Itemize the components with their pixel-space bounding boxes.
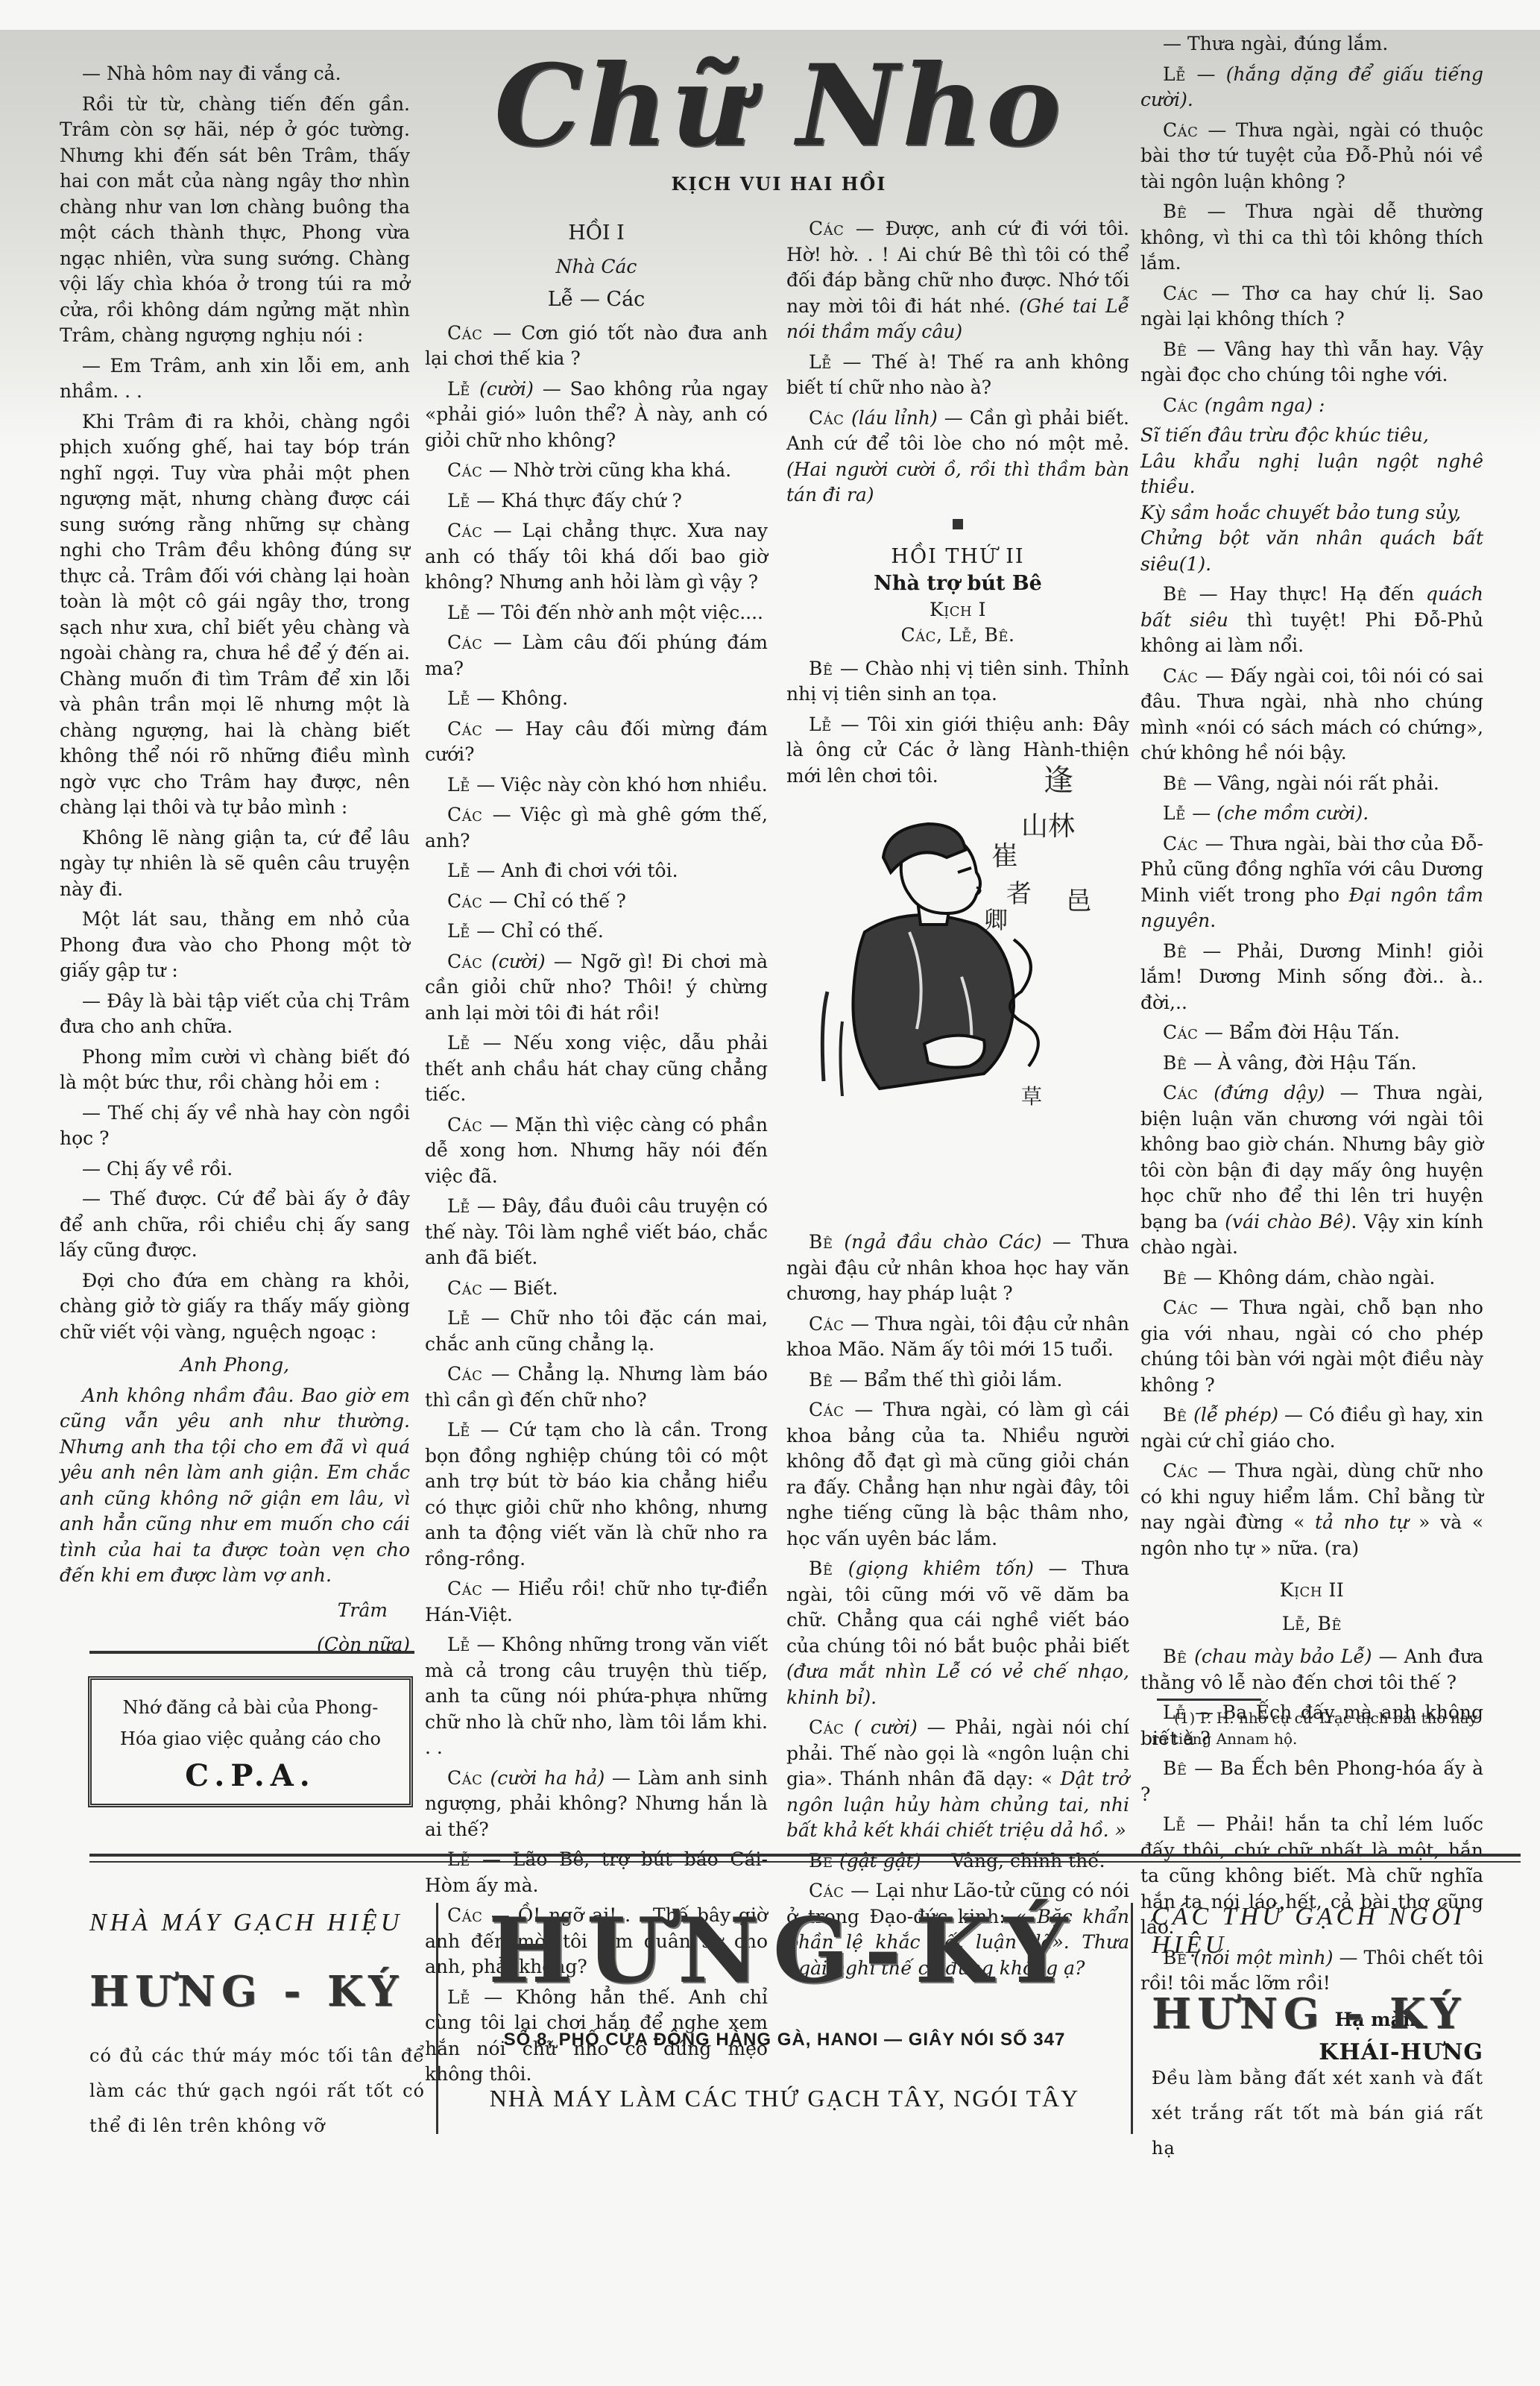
story-paragraph: Không lẽ nàng giận ta, cứ để lâu ngày tự…: [60, 825, 410, 903]
dialogue-line: Các (cười) — Ngỡ gì! Đi chơi mà cần giỏi…: [425, 949, 768, 1027]
story-paragraph: — Nhà hôm nay đi vắng cả.: [60, 61, 410, 87]
poem-line: Sĩ tiến đâu trừu độc khúc tiêu,: [1140, 423, 1483, 449]
column-serial-story: — Nhà hôm nay đi vắng cả. Rồi từ từ, chà…: [60, 61, 410, 1663]
letter-signature: Trâm: [60, 1598, 410, 1624]
ad-address: SỐ 8, PHỐ CỬA ĐÔNG HÀNG GÀ, HANOI — GIÂY…: [438, 2030, 1131, 2050]
speaker-name: Lễ: [809, 714, 841, 735]
dialogue-line: Các — Biết.: [425, 1276, 768, 1302]
speaker-name: Các: [1163, 1082, 1214, 1104]
stage-direction: (giọng khiêm tốn): [848, 1558, 1049, 1579]
story-paragraph: — Thế chị ấy về nhà hay còn ngồi học ?: [60, 1101, 410, 1152]
speaker-name: Các: [447, 1114, 490, 1136]
dialogue-line: Các — Lại chẳng thực. Xưa nay anh có thấ…: [425, 518, 768, 596]
masthead-title: Chữ Nho: [436, 48, 1122, 164]
speaker-name: Lễ: [447, 687, 476, 709]
dialogue-text: — Thưa ngài, biện luận văn chương với ng…: [1140, 1082, 1483, 1233]
stage-direction: (Hai người cười ồ, rồi thì thầm bàn tán …: [786, 459, 1129, 506]
speaker-name: Các: [447, 890, 489, 912]
dialogue-line: Bê — Hay thực! Hạ đến quách bất siêu thì…: [1140, 582, 1483, 659]
dialogue-text: — Không những trong văn viết mà cả trong…: [425, 1634, 768, 1758]
dialogue-line: Lễ — Thế à! Thế ra anh không biết tí chữ…: [786, 350, 1129, 401]
dialogue-line: Lễ — Chữ nho tôi đặc cán mai, chắc anh c…: [425, 1306, 768, 1357]
dialogue-line: Bê (lễ phép) — Có điều gì hay, xin ngài …: [1140, 1403, 1483, 1454]
dialogue-text: — Bẩm thế thì giỏi lắm.: [839, 1369, 1062, 1391]
svg-text:卿: 卿: [984, 906, 1008, 934]
dialogue-line: Các — Thưa ngài, bài thơ của Đỗ-Phủ cũng…: [1140, 831, 1483, 934]
scene-characters: Lễ, Bê: [1140, 1611, 1483, 1637]
brick-ad-left: NHÀ MÁY GẠCH HIỆU HƯNG - KÝ có đủ các th…: [89, 1909, 425, 2144]
dialogue-line: Bê (ngả đầu chào Các) — Thưa ngài đậu cử…: [786, 1230, 1129, 1307]
ad-brand-large: HƯNG-KÝ: [438, 1903, 1131, 2000]
stage-direction: (láu lỉnh): [851, 407, 944, 429]
ad-brand: HƯNG - KÝ: [1152, 1989, 1483, 2039]
speaker-name: Các: [1163, 1460, 1208, 1482]
speaker-name: Lễ: [1163, 63, 1197, 85]
dialogue-line: Các — Thưa ngài, chỗ bạn nho gia với nha…: [1140, 1295, 1483, 1398]
dialogue-line: Bê — Chào nhị vị tiên sinh. Thỉnh nhị vị…: [786, 656, 1129, 708]
scene-heading: Kịch II: [1140, 1578, 1483, 1604]
dialogue-line: Lễ — Đây, đầu đuôi câu truyện có thế này…: [425, 1194, 768, 1271]
dialogue-text: — Anh đi chơi với tôi.: [476, 860, 678, 881]
speaker-name: Lễ: [447, 920, 476, 942]
masthead-subtitle: KỊCH VUI HAI HỒI: [436, 173, 1122, 195]
ad-brand: HƯNG - KÝ: [89, 1967, 425, 2016]
dialogue-line: Lễ — Không.: [425, 686, 768, 712]
dialogue-line: Các — Chỉ có thế ?: [425, 889, 768, 915]
speaker-name: Các: [1163, 283, 1211, 304]
speaker-name: Các: [447, 718, 495, 740]
dialogue-line: Bê — Bẩm thế thì giỏi lắm.: [786, 1367, 1129, 1394]
dialogue-line: Bê — Vâng hay thì vẫn hay. Vậy ngài đọc …: [1140, 337, 1483, 388]
dialogue-line: Lễ (cười) — Sao không rủa ngay «phải gió…: [425, 377, 768, 454]
stage-direction: (che mồm cười).: [1216, 802, 1369, 824]
story-paragraph: Đợi cho đứa em chàng ra khỏi, chàng giở …: [60, 1268, 410, 1346]
dialogue-line: Bê — Vâng, ngài nói rất phải.: [1140, 771, 1483, 797]
act-heading: HỒI THỨ II: [786, 544, 1129, 570]
dialogue-text: — Việc này còn khó hơn nhiều.: [476, 774, 768, 796]
speaker-name: Bê: [1163, 1757, 1194, 1779]
speaker-name: Các: [447, 1578, 491, 1599]
dialogue-text: — Biết.: [489, 1277, 558, 1299]
ad-body: có đủ các thứ máy móc tối tân để làm các…: [89, 2039, 425, 2144]
scene-heading: Kịch I: [786, 597, 1129, 623]
dialogue-line: Lễ — Chỉ có thế.: [425, 919, 768, 945]
speaker-name: Lễ: [809, 351, 843, 373]
story-paragraph: — Chị ấy về rồi.: [60, 1156, 410, 1183]
dialogue-text: — Không.: [476, 687, 568, 709]
section-ornament-icon: [953, 519, 963, 529]
speaker-name: Bê: [1163, 201, 1208, 222]
dialogue-line: Các — Được, anh cứ đi với tôi. Hờ! hờ. .…: [786, 216, 1129, 345]
speaker-name: Bê: [1163, 1052, 1193, 1074]
speaker-name: Các: [447, 804, 493, 825]
dialogue-line: Lễ — Không những trong văn viết mà cả tr…: [425, 1632, 768, 1761]
dialogue-line: Lễ — Nếu xong việc, dẫu phải thết anh ch…: [425, 1030, 768, 1108]
speaker-name: Các: [447, 632, 493, 653]
dialogue-line: Các — Nhờ trời cũng kha khá.: [425, 458, 768, 484]
ad-body: Đều làm bằng đất xét xanh và đất xét trắ…: [1152, 2061, 1483, 2166]
dialogue-text: — Không dám, chào ngài.: [1193, 1267, 1435, 1288]
cpa-brand: C.P.A.: [92, 1760, 409, 1792]
act-characters: Lễ — Các: [425, 287, 768, 313]
dialogue-line: Bê — Ba Ếch bên Phong-hóa ấy à ?: [1140, 1756, 1483, 1807]
speaker-name: Bê: [1163, 940, 1202, 962]
dialogue-line: Lễ — Khá thực đấy chứ ?: [425, 488, 768, 514]
column-act-two-continued: — Thưa ngài, đúng lắm. Lễ — (hắng dặng đ…: [1140, 31, 1483, 2071]
act-setting: Nhà Các: [425, 254, 768, 280]
dialogue-text: — Chỉ có thế ?: [489, 890, 626, 912]
dialogue-list: Các — Cơn gió tốt nào đưa anh lại chơi t…: [425, 321, 768, 2088]
speaker-name: Các: [1163, 665, 1205, 687]
svg-text:山林: 山林: [1021, 811, 1075, 842]
scholar-illustration: 逢 山林 崔 者 卿 邑 草: [798, 753, 1126, 1156]
dialogue-line: Bê — Không dám, chào ngài.: [1140, 1265, 1483, 1291]
footnote-rule: [1157, 1699, 1261, 1701]
speaker-name: Bê: [1163, 1646, 1194, 1667]
dialogue-line: Bê (chau mày bảo Lễ) — Anh đưa thằng vô …: [1140, 1644, 1483, 1696]
brick-ad-right: CÁC THỨ GẠCH NGÓI HIỆU HƯNG - KÝ Đều làm…: [1152, 1903, 1483, 2166]
dialogue-text: — Cứ tạm cho là cần. Trong bọn đồng nghi…: [425, 1419, 768, 1570]
dialogue-line: Các (đứng dậy) — Thưa ngài, biện luận vă…: [1140, 1080, 1483, 1261]
speaker-name: Lễ: [447, 378, 479, 400]
footnote: (1) P. H. nhờ cụ cử Trạc dịch bài thơ nà…: [1152, 1707, 1487, 1749]
dialogue-text: .: [1210, 910, 1216, 931]
dialogue-text: — Khá thực đấy chứ ?: [476, 490, 682, 511]
story-paragraph: — Thế được. Cứ để bài ấy ở đây để anh ch…: [60, 1186, 410, 1264]
dialogue-text: — Nhờ trời cũng kha khá.: [489, 459, 731, 481]
ad-kicker: CÁC THỨ GẠCH NGÓI HIỆU: [1152, 1903, 1483, 1960]
poem-line: Kỳ sầm hoắc chuyết bảo tung sủy,: [1140, 500, 1483, 526]
speaker-name: Lễ: [447, 1419, 480, 1441]
speaker-name: Lễ: [447, 1634, 477, 1655]
dialogue-line: Lễ — Anh đi chơi với tôi.: [425, 858, 768, 884]
speaker-name: Các: [809, 218, 856, 239]
speaker-name: Các: [1163, 119, 1208, 141]
svg-text:邑: 邑: [1066, 887, 1091, 916]
dialogue-line: Các — Đấy ngài coi, tôi nói có sai đâu. …: [1140, 664, 1483, 767]
dialogue-line: Lễ — Việc này còn khó hơn nhiều.: [425, 772, 768, 799]
speaker-name: Bê: [1163, 339, 1197, 360]
act-heading: HỒI I: [425, 221, 768, 247]
dialogue-list: — Thưa ngài, đúng lắm. Lễ — (hắng dặng đ…: [1140, 31, 1483, 418]
dialogue-text: — Thưa ngài, có làm gì cái khoa bảng của…: [786, 1399, 1129, 1549]
stage-direction: (chau mày bảo Lễ): [1194, 1646, 1379, 1667]
svg-text:逢: 逢: [1044, 764, 1073, 798]
speaker-name: Lễ: [447, 1032, 483, 1054]
story-paragraph: Một lát sau, thằng em nhỏ của Phong đưa …: [60, 907, 410, 984]
speaker-name: Bê: [809, 1369, 839, 1391]
cpa-line-1: Nhớ đăng cả bài của Phong-: [92, 1692, 409, 1723]
dialogue-line: Các (cười ha hả) — Làm anh sinh ngượng, …: [425, 1766, 768, 1843]
speaker-name: Lễ: [447, 774, 476, 796]
speaker-name: Lễ: [447, 490, 476, 511]
dialogue-text: —: [1197, 63, 1226, 85]
letter-body: Anh không nhầm đâu. Bao giờ em cũng vẫn …: [60, 1383, 410, 1589]
dialogue-text: — Hay thực! Hạ đến: [1199, 583, 1426, 605]
dialogue-line: Các — Thơ ca hay chứ lị. Sao ngài lại kh…: [1140, 281, 1483, 333]
speaker-name: Lễ: [447, 602, 476, 623]
speaker-name: Lễ: [1163, 1813, 1196, 1835]
stage-direction: (ngâm nga) :: [1205, 394, 1325, 416]
dialogue-line: Các — Cơn gió tốt nào đưa anh lại chơi t…: [425, 321, 768, 372]
stage-direction: (đứng dậy): [1214, 1082, 1339, 1104]
ad-tagline: NHÀ MÁY LÀM CÁC THỨ GẠCH TÂY, NGÓI TÂY: [438, 2085, 1131, 2112]
poem-line: Lâu khẩu nghị luận ngột nghê thiều.: [1140, 449, 1483, 500]
cpa-advertisement: Nhớ đăng cả bài của Phong- Hóa giao việc…: [88, 1676, 413, 1807]
brick-ad-center: HƯNG-KÝ SỐ 8, PHỐ CỬA ĐÔNG HÀNG GÀ, HANO…: [436, 1903, 1133, 2134]
story-paragraph: — Đây là bài tập viết của chị Trâm đưa c…: [60, 989, 410, 1040]
stage-direction: (ngả đầu chào Các): [844, 1231, 1052, 1253]
svg-text:草: 草: [1021, 1084, 1042, 1109]
story-paragraph: Rồi từ từ, chàng tiến đến gần. Trâm còn …: [60, 92, 410, 349]
speaker-name: Các: [809, 1716, 854, 1738]
speaker-name: Các: [1163, 1022, 1205, 1043]
dialogue-line: Bê — Thưa ngài dễ thường không, vì thi c…: [1140, 199, 1483, 277]
poem-line: Chửng bột văn nhân quách bất siêu(1).: [1140, 526, 1483, 577]
stage-direction: (cười ha hả): [490, 1767, 611, 1789]
dialogue-text: — Chỉ có thế.: [476, 920, 604, 942]
dialogue-text: — Thưa ngài, đúng lắm.: [1163, 33, 1388, 54]
speaker-name: Các: [809, 1313, 851, 1335]
dialogue-text: —: [1192, 802, 1216, 824]
speaker-name: Bê: [1163, 583, 1199, 605]
story-paragraph: — Em Trâm, anh xin lỗi em, anh nhầm. . .: [60, 353, 410, 405]
scene-characters: Các, Lễ, Bê.: [786, 623, 1129, 649]
advertisement-divider: [89, 1854, 1521, 1863]
dialogue-line: Bê — Phải, Dương Minh! giỏi lắm! Dương M…: [1140, 939, 1483, 1016]
dialogue-text: — À vâng, đời Hậu Tấn.: [1193, 1052, 1417, 1074]
dialogue-line: Các — Việc gì mà ghê gớm thế, anh?: [425, 802, 768, 854]
dialogue-line: Các — Thưa ngài, tôi đậu cử nhân khoa Mã…: [786, 1312, 1129, 1363]
speaker-name: Các: [447, 322, 493, 344]
speaker-name: Các: [447, 951, 491, 972]
dialogue-text: — Bẩm đời Hậu Tấn.: [1205, 1022, 1400, 1043]
dialogue-list: Bê (ngả đầu chào Các) — Thưa ngài đậu cử…: [786, 1230, 1129, 1981]
dialogue-line: Lễ — (hắng dặng để giấu tiếng cười).: [1140, 62, 1483, 113]
story-paragraph: Khi Trâm đi ra khỏi, chàng ngồi phịch xu…: [60, 409, 410, 821]
speaker-name: Các: [447, 1363, 491, 1385]
speaker-name: Lễ: [447, 860, 476, 881]
dialogue-line: Các — Chẳng lạ. Nhưng làm báo thì cần gì…: [425, 1362, 768, 1413]
stage-direction: ( cười): [854, 1716, 927, 1738]
speaker-name: Các: [809, 407, 851, 429]
speaker-name: Các: [1163, 1297, 1210, 1318]
divider-rule: [89, 1651, 414, 1654]
dialogue-line: Các (ngâm nga) :: [1140, 393, 1483, 419]
letter-salutation: Anh Phong,: [60, 1353, 410, 1379]
svg-text:者: 者: [1006, 879, 1032, 909]
svg-text:崔: 崔: [991, 841, 1018, 872]
stage-direction: (đưa mắt nhìn Lễ có vẻ chế nhạo, khinh b…: [786, 1661, 1129, 1708]
stage-direction: (cười): [479, 378, 543, 400]
dialogue-line: Các — Thưa ngài, có làm gì cái khoa bảng…: [786, 1397, 1129, 1552]
column-act-one: HỒI I Nhà Các Lễ — Các Các — Cơn gió tốt…: [425, 216, 768, 2092]
stage-direction: tả nho tự: [1315, 1511, 1409, 1533]
speaker-name: Các: [447, 459, 489, 481]
speaker-name: Bê: [809, 1558, 848, 1579]
dialogue-line: Các — Thưa ngài, dùng chữ nho có khi ngu…: [1140, 1458, 1483, 1561]
continued-note: (Còn nữa): [60, 1632, 410, 1658]
dialogue-line: Các — Hiểu rồi! chữ nho tự-điển Hán-Việt…: [425, 1576, 768, 1628]
speaker-name: Bê: [809, 658, 840, 679]
dialogue-line: Các ( cười) — Phải, ngài nói chí phải. T…: [786, 1715, 1129, 1844]
dialogue-line: Các — Thưa ngài, ngài có thuộc bài thơ t…: [1140, 118, 1483, 195]
speaker-name: Bê: [1163, 772, 1193, 794]
dialogue-line: Bê — À vâng, đời Hậu Tấn.: [1140, 1051, 1483, 1077]
dialogue-line: Các — Mặn thì việc càng có phần dễ xong …: [425, 1112, 768, 1190]
scholar-drawing-icon: 逢 山林 崔 者 卿 邑 草: [798, 753, 1126, 1156]
speaker-name: Các: [447, 1767, 490, 1789]
dialogue-list: Các — Được, anh cứ đi với tôi. Hờ! hờ. .…: [786, 216, 1129, 509]
speaker-name: Các: [1163, 394, 1205, 416]
dialogue-text: — Tôi đến nhờ anh một việc....: [476, 602, 763, 623]
dialogue-line: Bê (giọng khiêm tốn) — Thưa ngài, tôi cũ…: [786, 1556, 1129, 1710]
dialogue-line: Lễ — Tôi đến nhờ anh một việc....: [425, 600, 768, 626]
speaker-name: Bê: [1163, 1404, 1193, 1426]
act-setting: Nhà trợ bút Bê: [786, 571, 1129, 597]
speaker-name: Các: [809, 1399, 854, 1420]
speaker-name: Bê: [809, 1231, 844, 1253]
speaker-name: Lễ: [1163, 802, 1192, 824]
speaker-name: Các: [1163, 833, 1205, 854]
story-paragraph: Phong mỉm cười vì chàng biết đó là một b…: [60, 1045, 410, 1096]
dialogue-line: Các — Bẩm đời Hậu Tấn.: [1140, 1020, 1483, 1046]
dialogue-line: Các — Hay câu đối mừng đám cưới?: [425, 717, 768, 768]
stage-direction: (lễ phép): [1193, 1404, 1284, 1426]
stage-direction: (cười): [491, 951, 554, 972]
dialogue-line: — Thưa ngài, đúng lắm.: [1140, 31, 1483, 57]
dialogue-line: Lễ — (che mồm cười).: [1140, 801, 1483, 827]
dialogue-line: Lễ — Cứ tạm cho là cần. Trong bọn đồng n…: [425, 1417, 768, 1572]
dialogue-list: Bê — Hay thực! Hạ đến quách bất siêu thì…: [1140, 582, 1483, 1561]
dialogue-line: Các — Làm câu đối phúng đám ma?: [425, 630, 768, 682]
dialogue-line: Các (láu lỉnh) — Cần gì phải biết. Anh c…: [786, 406, 1129, 509]
stage-direction: (vái chào Bê): [1225, 1211, 1351, 1233]
speaker-name: Các: [447, 1277, 489, 1299]
ad-kicker: NHÀ MÁY GẠCH HIỆU: [89, 1909, 425, 1937]
speaker-name: Các: [447, 520, 493, 541]
speaker-name: Bê: [1163, 1267, 1193, 1288]
dialogue-text: — Đây, đầu đuôi câu truyện có thế này. T…: [425, 1195, 768, 1268]
cpa-line-2: Hóa giao việc quảng cáo cho: [92, 1723, 409, 1754]
speaker-name: Lễ: [447, 1195, 477, 1217]
dialogue-text: — Vâng, ngài nói rất phải.: [1193, 772, 1439, 794]
speaker-name: Lễ: [447, 1307, 481, 1329]
